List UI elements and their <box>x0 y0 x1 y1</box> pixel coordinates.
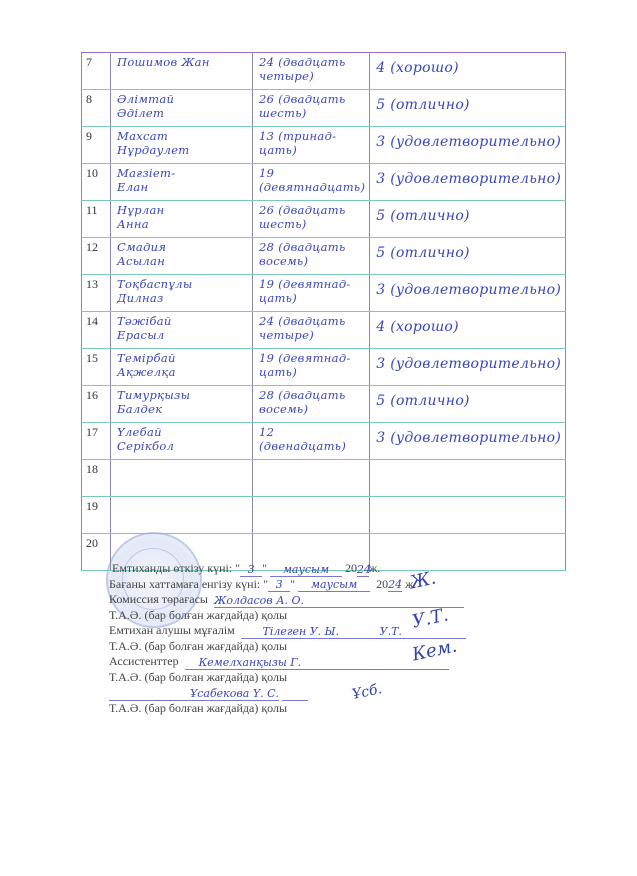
student-name-text <box>111 460 252 462</box>
table-row: 14Тәжібай Ерасыл24 (двадцать четыре)4 (х… <box>82 312 566 349</box>
grade-cell-text: 3 (удовлетворительно) <box>370 423 565 451</box>
entry-year-suffix: 24 <box>388 579 402 592</box>
grade-cell-text: 3 (удовлетворительно) <box>370 349 565 377</box>
score-cell-text: 26 (двадцать шесть) <box>253 90 369 120</box>
grade-cell <box>370 460 566 497</box>
chair-line: Комиссия төрағасы Жолдасов А. О. <box>109 592 489 608</box>
score-cell-text: 24 (двадцать четыре) <box>253 312 369 342</box>
student-name: Мағзіет- Елан <box>111 164 253 201</box>
grade-cell: 5 (отлично) <box>370 90 566 127</box>
row-number: 16 <box>82 386 111 423</box>
table-row: 9Махсат Нұрдаулет13 (тринад- цать)3 (удо… <box>82 127 566 164</box>
entry-date-month: маусым <box>298 579 370 592</box>
exam-year-prefix: 20 <box>345 561 357 575</box>
student-name-text <box>111 497 252 499</box>
score-cell-text: 19 (девятнад- цать) <box>253 275 369 305</box>
exam-year-suffix: 24 <box>357 564 369 577</box>
score-cell: 28 (двадцать восемь) <box>253 386 370 423</box>
student-name: Нұрлан Анна <box>111 201 253 238</box>
grade-cell: 3 (удовлетворительно) <box>370 127 566 164</box>
score-cell-text: 12 (двенадцать) <box>253 423 369 453</box>
score-cell-text: 28 (двадцать восемь) <box>253 386 369 416</box>
table-row: 10Мағзіет- Елан19 (девятнадцать)3 (удовл… <box>82 164 566 201</box>
student-name: Пошимов Жан <box>111 53 253 90</box>
score-cell-text <box>253 497 369 499</box>
student-name-text: Тимурқызы Балдек <box>111 386 252 416</box>
score-cell: 26 (двадцать шесть) <box>253 90 370 127</box>
score-cell: 19 (девятнад- цать) <box>253 275 370 312</box>
assistant1-name: Кемелханқызы Г. <box>185 657 449 670</box>
assistant2-name: Ұсабекова Ү. С. <box>109 688 279 701</box>
row-number: 18 <box>82 460 111 497</box>
student-name: Тимурқызы Балдек <box>111 386 253 423</box>
score-cell-text: 13 (тринад- цать) <box>253 127 369 157</box>
score-cell: 24 (двадцать четыре) <box>253 312 370 349</box>
student-name <box>111 497 253 534</box>
student-name: Темірбай Ақжелқа <box>111 349 253 386</box>
scanned-page: 7Пошимов Жан24 (двадцать четыре)4 (хорош… <box>0 0 637 876</box>
grade-cell-text: 5 (отлично) <box>370 386 565 414</box>
student-name: Смадия Асылан <box>111 238 253 275</box>
student-name: Тәжібай Ерасыл <box>111 312 253 349</box>
score-cell-text: 19 (девятнад- цать) <box>253 349 369 379</box>
score-cell <box>253 460 370 497</box>
grade-cell: 3 (удовлетворительно) <box>370 423 566 460</box>
student-name-text: Үлебай Серікбол <box>111 423 252 453</box>
student-name-text: Темірбай Ақжелқа <box>111 349 252 379</box>
grade-cell-text: 3 (удовлетворительно) <box>370 164 565 192</box>
grade-cell-text: 3 (удовлетворительно) <box>370 127 565 155</box>
student-name: Махсат Нұрдаулет <box>111 127 253 164</box>
grade-cell-text: 5 (отлично) <box>370 90 565 118</box>
exam-date-day: 3 <box>240 564 262 577</box>
assistants-label: Ассистенттер <box>109 654 179 668</box>
row-number: 20 <box>82 534 111 571</box>
student-name-text: Тәжібай Ерасыл <box>111 312 252 342</box>
assistant2-line: Ұсабекова Ү. С. <box>109 685 489 701</box>
assistant2-signature-note: Т.А.Ә. (бар болған жағдайда) қолы <box>109 701 489 717</box>
teacher-initials: У.Т. <box>361 626 421 639</box>
grades-table: 7Пошимов Жан24 (двадцать четыре)4 (хорош… <box>81 52 566 571</box>
table-row: 8Әлімтай Әділет26 (двадцать шесть)5 (отл… <box>82 90 566 127</box>
row-number: 10 <box>82 164 111 201</box>
grade-cell: 4 (хорошо) <box>370 53 566 90</box>
grade-cell-text: 4 (хорошо) <box>370 312 565 340</box>
table-row: 15Темірбай Ақжелқа19 (девятнад- цать)3 (… <box>82 349 566 386</box>
chair-label: Комиссия төрағасы <box>109 592 208 606</box>
grade-cell-text <box>370 497 565 499</box>
table-row: 11Нұрлан Анна26 (двадцать шесть)5 (отлич… <box>82 201 566 238</box>
grade-cell: 4 (хорошо) <box>370 312 566 349</box>
row-number: 12 <box>82 238 111 275</box>
entry-date-label: Бағаны хаттамаға енгізу күні: " <box>109 577 268 591</box>
table-row: 18 <box>82 460 566 497</box>
grade-cell-text: 3 (удовлетворительно) <box>370 275 565 303</box>
grade-cell-text <box>370 534 565 536</box>
table-row: 19 <box>82 497 566 534</box>
table-row: 17Үлебай Серікбол12 (двенадцать)3 (удовл… <box>82 423 566 460</box>
assistant1-signature-note: Т.А.Ә. (бар болған жағдайда) қолы <box>109 670 489 686</box>
score-cell-text: 28 (двадцать восемь) <box>253 238 369 268</box>
row-number: 11 <box>82 201 111 238</box>
entry-year-prefix: 20 <box>376 577 388 591</box>
score-cell: 12 (двенадцать) <box>253 423 370 460</box>
grade-cell-text: 4 (хорошо) <box>370 53 565 81</box>
grade-cell-text: 5 (отлично) <box>370 201 565 229</box>
score-cell <box>253 497 370 534</box>
score-cell: 19 (девятнадцать) <box>253 164 370 201</box>
grade-cell-text: 5 (отлично) <box>370 238 565 266</box>
student-name-text: Әлімтай Әділет <box>111 90 252 120</box>
grade-cell <box>370 497 566 534</box>
grade-cell-text <box>370 460 565 462</box>
student-name-text: Тоқбаспұлы Дилназ <box>111 275 252 305</box>
exam-date-label: Емтиханды өткізу күні: " <box>112 561 240 575</box>
table-row: 16Тимурқызы Балдек28 (двадцать восемь)5 … <box>82 386 566 423</box>
grade-cell: 5 (отлично) <box>370 238 566 275</box>
student-name: Тоқбаспұлы Дилназ <box>111 275 253 312</box>
score-cell-text <box>253 460 369 462</box>
chair-name: Жолдасов А. О. <box>214 595 464 608</box>
student-name <box>111 460 253 497</box>
student-name: Әлімтай Әділет <box>111 90 253 127</box>
score-cell: 24 (двадцать четыре) <box>253 53 370 90</box>
entry-date-day: 3 <box>268 579 290 592</box>
table-row: 7Пошимов Жан24 (двадцать четыре)4 (хорош… <box>82 53 566 90</box>
row-number: 14 <box>82 312 111 349</box>
score-cell-text <box>253 534 369 536</box>
score-cell: 26 (двадцать шесть) <box>253 201 370 238</box>
student-name-text <box>111 534 252 536</box>
student-name-text: Нұрлан Анна <box>111 201 252 231</box>
student-name-text: Мағзіет- Елан <box>111 164 252 194</box>
student-name-text: Смадия Асылан <box>111 238 252 268</box>
row-number: 8 <box>82 90 111 127</box>
row-number: 15 <box>82 349 111 386</box>
row-number: 9 <box>82 127 111 164</box>
row-number: 13 <box>82 275 111 312</box>
grade-cell: 5 (отлично) <box>370 201 566 238</box>
exam-date-month: маусым <box>270 564 342 577</box>
row-number: 19 <box>82 497 111 534</box>
grade-cell: 3 (удовлетворительно) <box>370 349 566 386</box>
score-cell-text: 19 (девятнадцать) <box>253 164 369 194</box>
grade-cell: 5 (отлично) <box>370 386 566 423</box>
row-number: 7 <box>82 53 111 90</box>
score-cell-text: 26 (двадцать шесть) <box>253 201 369 231</box>
student-name-text: Махсат Нұрдаулет <box>111 127 252 157</box>
table-row: 12Смадия Асылан28 (двадцать восемь)5 (от… <box>82 238 566 275</box>
score-cell: 19 (девятнад- цать) <box>253 349 370 386</box>
score-cell-text: 24 (двадцать четыре) <box>253 53 369 83</box>
year-abbrev: ж. <box>369 561 380 575</box>
student-name: Үлебай Серікбол <box>111 423 253 460</box>
student-name-text: Пошимов Жан <box>111 53 252 69</box>
score-cell: 13 (тринад- цать) <box>253 127 370 164</box>
row-number: 17 <box>82 423 111 460</box>
table-row: 13Тоқбаспұлы Дилназ19 (девятнад- цать)3 … <box>82 275 566 312</box>
grade-cell: 3 (удовлетворительно) <box>370 164 566 201</box>
grade-cell: 3 (удовлетворительно) <box>370 275 566 312</box>
teacher-label: Емтихан алушы мұғалім <box>109 623 235 637</box>
teacher-name: Тілеген У. Ы. <box>241 626 361 639</box>
score-cell: 28 (двадцать восемь) <box>253 238 370 275</box>
